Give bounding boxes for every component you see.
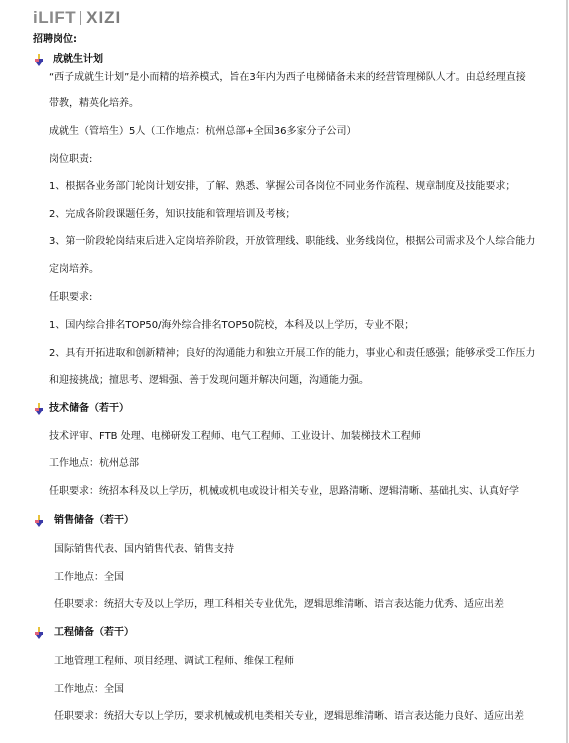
paragraph-line: “西子成就生计划”是小而精的培养模式，旨在3年内为西子电梯储备未来的经营管理梯队… (49, 71, 526, 85)
duty-item: 1、根据各业务部门轮岗计划安排，了解、熟悉、掌握公司各岗位不同业务作流程、规章制… (49, 180, 515, 194)
paragraph-line: 带教，精英化培养。 (49, 97, 139, 111)
arrow-bullet-icon (34, 515, 44, 527)
logo-ilift: iLIFT (33, 9, 76, 27)
logo-divider (80, 11, 81, 25)
arrow-bullet-icon (34, 627, 44, 639)
position-list: 技术评审、FTB 处理、电梯研发工程师、电气工程师、工业设计、加装梯技术工程师 (49, 430, 421, 444)
position-list: 国际销售代表、国内销售代表、销售支持 (54, 543, 234, 557)
duty-item: 定岗培养。 (49, 263, 99, 277)
work-location: 工作地点：全国 (54, 683, 124, 697)
section-title-tech-reserve: 技术储备（若干） (49, 402, 129, 416)
requirements: 任职要求：统招本科及以上学历，机械或机电或设计相关专业，思路清晰、逻辑清晰、基础… (49, 485, 519, 499)
logo-xizi: XIZI (86, 9, 121, 27)
requirement-item: 1、国内综合排名TOP50/海外综合排名TOP50院校，本科及以上学历，专业不限… (49, 319, 414, 333)
page-heading: 招聘岗位: (33, 33, 77, 47)
paragraph-line: 成就生（管培生）5人（工作地点：杭州总部+全国36多家分子公司） (49, 125, 356, 139)
requirement-item: 2、具有开拓进取和创新精神；良好的沟通能力和独立开展工作的能力，事业心和责任感强… (49, 347, 535, 361)
arrow-bullet-icon (34, 54, 44, 66)
subheading-duties: 岗位职责: (49, 153, 92, 167)
section-title-chengjiusheng: 成就生计划 (53, 53, 103, 67)
arrow-bullet-icon (34, 403, 44, 415)
duty-item: 2、完成各阶段课题任务，知识技能和管理培训及考核； (49, 208, 295, 222)
page-edge (566, 0, 568, 743)
requirement-item: 和迎接挑战；擅思考、逻辑强、善于发现问题并解决问题，沟通能力强。 (49, 374, 369, 388)
section-title-engineering-reserve: 工程储备（若干） (54, 626, 134, 640)
work-location: 工作地点：杭州总部 (49, 457, 139, 471)
position-list: 工地管理工程师、项目经理、调试工程师、维保工程师 (54, 655, 294, 669)
duty-item: 3、第一阶段轮岗结束后进入定岗培养阶段，开放管理线、职能线、业务线岗位，根据公司… (49, 235, 535, 249)
section-title-sales-reserve: 销售储备（若干） (54, 514, 134, 528)
company-logo: iLIFT XIZI (33, 9, 121, 27)
requirements: 任职要求：统招大专及以上学历，理工科相关专业优先，逻辑思维清晰、语言表达能力优秀… (54, 598, 504, 612)
subheading-requirements: 任职要求: (49, 291, 92, 305)
requirements: 任职要求：统招大专以上学历，要求机械或机电类相关专业，逻辑思维清晰、语言表达能力… (54, 710, 524, 724)
work-location: 工作地点：全国 (54, 571, 124, 585)
